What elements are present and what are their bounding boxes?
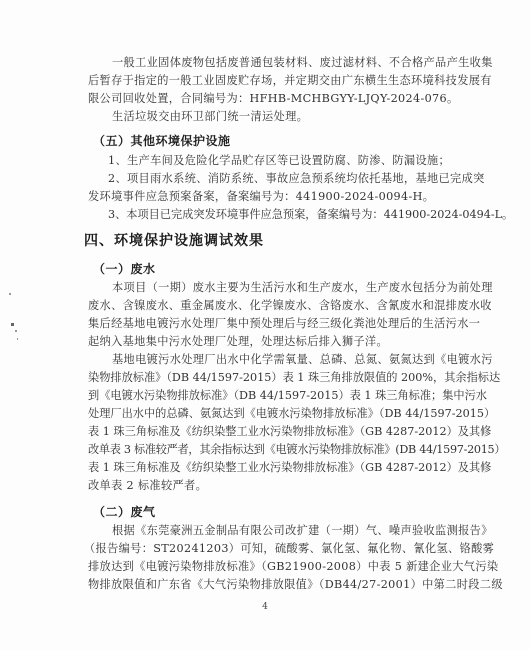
section-heading: （五）其他环境保护设施 — [93, 134, 461, 148]
scan-artifact — [11, 323, 14, 326]
scan-artifact — [9, 293, 11, 295]
text-line: 集后经基地电镀污水处理厂集中预处理后与经三级化粪池处理后的生活污水一 — [88, 317, 456, 331]
text-line: 废水、含镍废水、重金属废水、化学镍废水、含铬废水、含氰废水和混排废水收 — [88, 299, 456, 313]
text-line: （报告编号：ST20241203）可知，硫酸雾、氯化氢、氟化物、氰化氢、铬酸雾 — [84, 542, 456, 556]
text-line: 表 1 珠三角标准及《纺织染整工业水污染物排放标准》（GB 4287-2012）… — [88, 461, 456, 475]
text-line: 一般工业固体废物包括废普通包装材料、废过滤材料、不合格产品产生收集 — [112, 56, 456, 70]
text-line: 到《电镀水污染物排放标准》（DB 44/1597-2015）表 1 珠三角标准；… — [88, 389, 456, 403]
document-page: 一般工业固体废物包括废普通包装材料、废过滤材料、不合格产品产生收集 后暂存于指定… — [0, 0, 530, 650]
chapter-heading: 四、环境保护设施调试效果 — [84, 234, 452, 248]
text-line: 改单表 3 标准较严者，其余指标达到《电镀水污染物排放标准》(DB 44/159… — [88, 443, 456, 457]
section-heading: （一）废水 — [93, 262, 461, 276]
list-item: 1、生产车间及危险化学品贮存区等已设置防腐、防渗、防漏设施； — [108, 154, 456, 168]
text-line: 物排放限值和广东省《大气污染物排放限值》（DB44/27-2001）中第二时段二… — [88, 578, 456, 592]
list-item: 2、项目雨水系统、消防系统、事故应急预系统均依托基地，基地已完成突 — [108, 172, 456, 186]
list-item: 发环境事件应急预案备案，备案编号为：441900-2024-0094-H。 — [88, 190, 456, 204]
text-line: 处理厂出水中的总磷、氨氮达到《电镀水污染物排放标准》（DB 44/1597-20… — [88, 407, 456, 421]
text-line: 改单表 2 标准较严者。 — [88, 479, 456, 493]
text-line: 根据《东莞豪洲五金制品有限公司改扩建（一期）气、噪声验收监测报告》 — [112, 524, 456, 538]
text-line: 起纳入基地集中污水处理厂处理，处理达标后排入狮子洋。 — [88, 335, 456, 349]
scan-artifact — [17, 338, 18, 340]
list-item: 3、本项目已完成突发环境事件应急预案，备案编号为：441900-2024-049… — [108, 208, 456, 222]
text-line: 本项目（一期）废水主要为生活污水和生产废水，生产废水包括分为前处理 — [112, 281, 456, 295]
text-line: 生活垃圾交由环卫部门统一清运处理。 — [112, 110, 456, 124]
page-number: 4 — [0, 602, 530, 612]
text-line: 排放达到《电镀污染物排放标准》（GB21900-2008）中表 5 新建企业大气… — [88, 560, 456, 574]
text-line: 基地电镀污水处理厂出水中化学需氧量、总磷、总氮、氨氮达到《电镀水污 — [112, 353, 456, 367]
scan-artifact — [15, 330, 17, 332]
text-line: 后暂存于指定的一般工业固废贮存场，并定期交由广东横生生态环境科技发展有 — [88, 74, 456, 88]
text-line: 限公司回收处置，合同编号为：HFHB-MCHBGYY-LJQY-2024-076… — [88, 92, 456, 106]
section-heading: （二）废气 — [93, 505, 461, 519]
text-line: 表 1 珠三角标准及《纺织染整工业水污染物排放标准》（GB 4287-2012）… — [88, 425, 456, 439]
text-line: 染物排放标准》（DB 44/1597-2015）表 1 珠三角排放限值的 200… — [88, 371, 456, 385]
